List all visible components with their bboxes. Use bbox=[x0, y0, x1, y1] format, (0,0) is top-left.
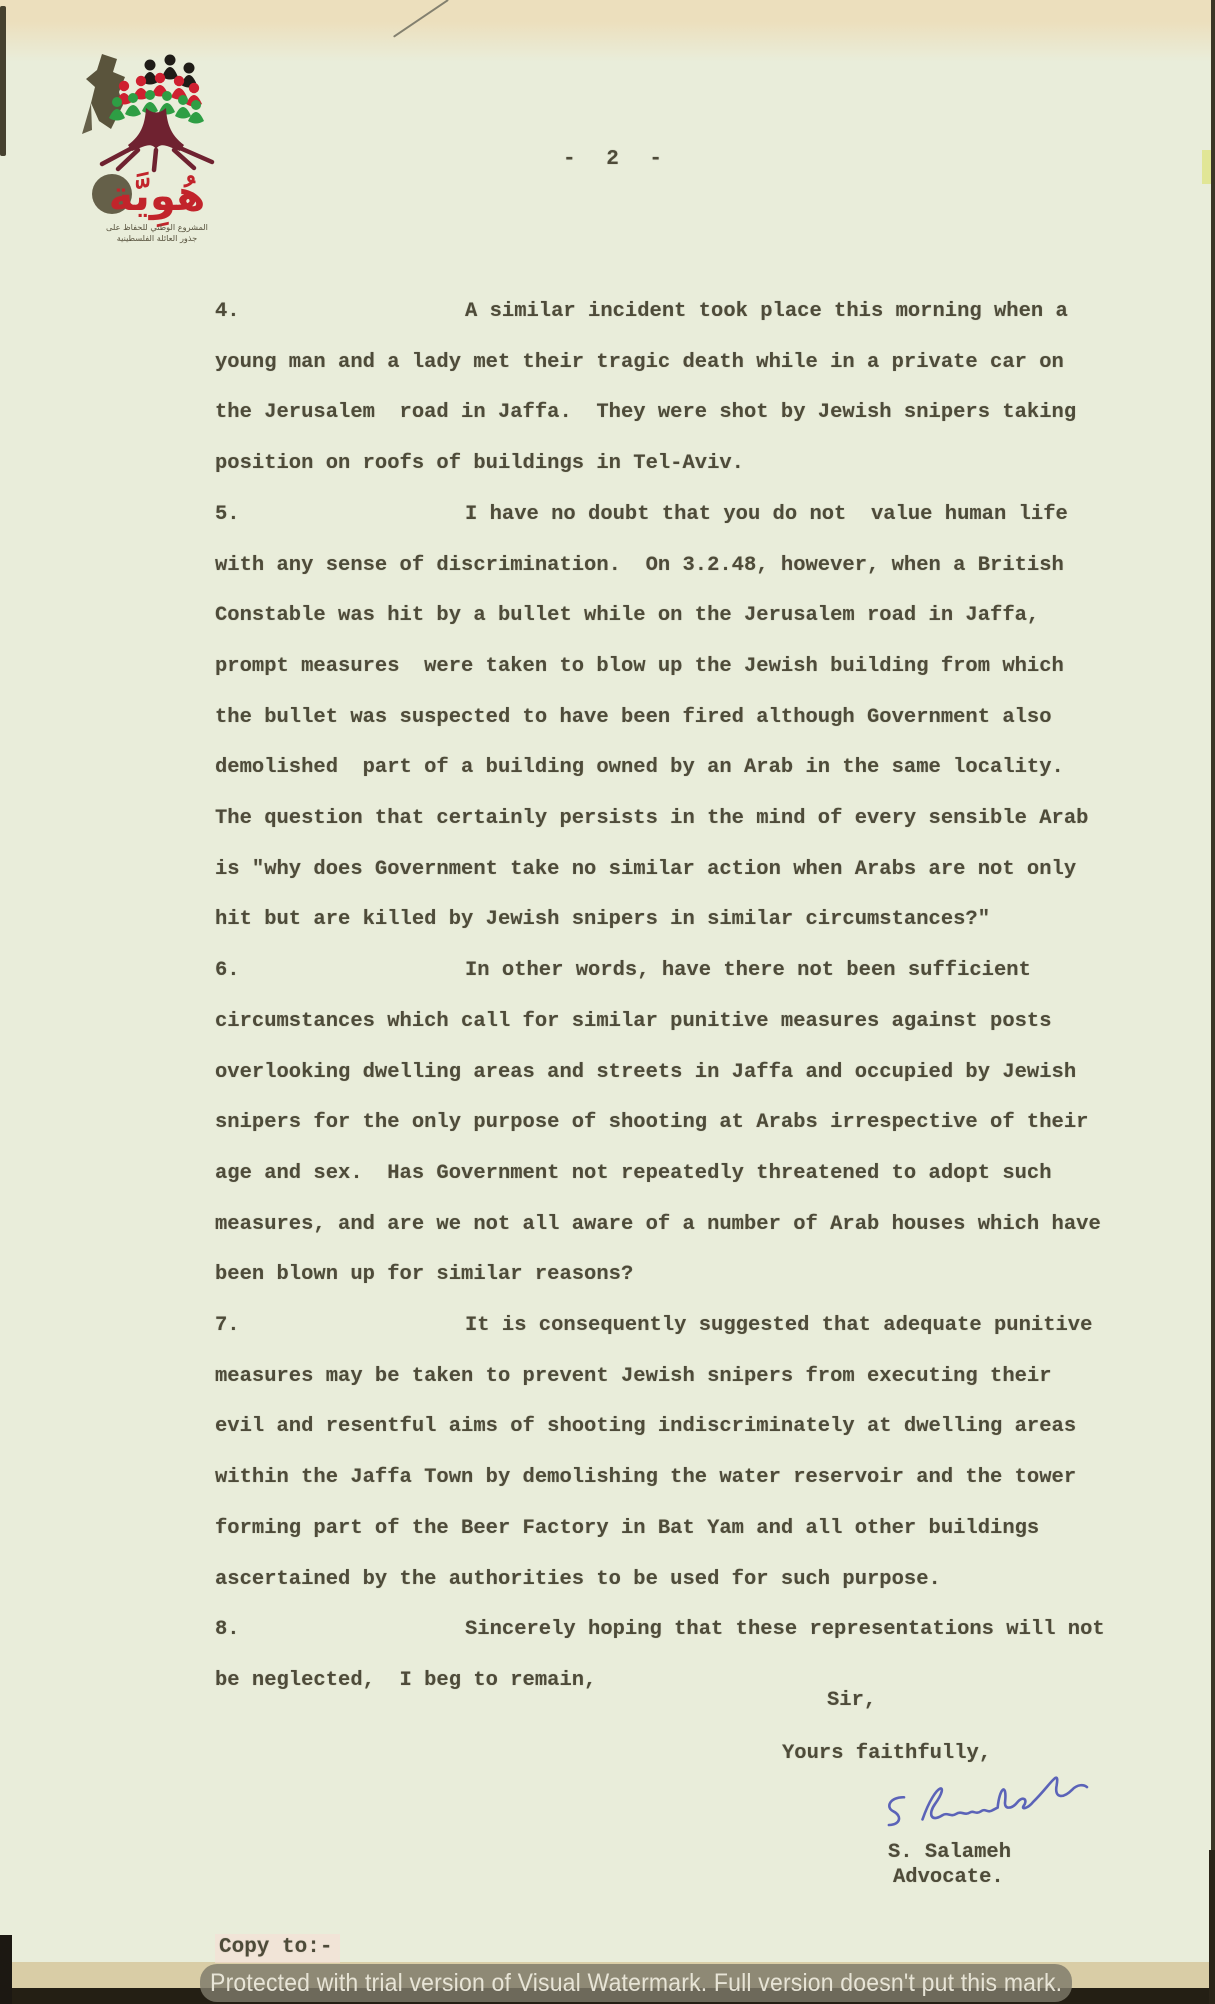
scanned-letter-page: هُوِيَّة المشروع الوطني للحفاظ على جذور … bbox=[0, 0, 1215, 2004]
letter-body: 4. A similar incident took place this mo… bbox=[215, 287, 1165, 1707]
paragraph-number: 7. bbox=[215, 1301, 240, 1352]
paragraph-text: Sincerely hoping that these representati… bbox=[215, 1605, 1165, 1706]
paragraph-8: 8. Sincerely hoping that these represent… bbox=[215, 1605, 1165, 1706]
paragraph-4: 4. A similar incident took place this mo… bbox=[215, 287, 1165, 490]
trial-watermark-bar: Protected with trial version of Visual W… bbox=[200, 1964, 1072, 2002]
people-tree-icon bbox=[102, 55, 212, 171]
huwiyya-archive-logo: هُوِيَّة المشروع الوطني للحفاظ على جذور … bbox=[72, 42, 242, 247]
trial-watermark-text: Protected with trial version of Visual W… bbox=[210, 1969, 1062, 1998]
paragraph-number: 4. bbox=[215, 287, 240, 338]
copy-to-label: Copy to:- bbox=[215, 1934, 340, 1963]
closing-valediction: Yours faithfully, bbox=[782, 1742, 991, 1765]
paragraph-text: I have no doubt that you do not value hu… bbox=[215, 490, 1165, 946]
palestine-map-icon bbox=[82, 54, 125, 134]
scan-right-edge bbox=[1211, 0, 1215, 2004]
logo-tagline-line1: المشروع الوطني للحفاظ على bbox=[106, 222, 208, 232]
page-number: - 2 - bbox=[563, 148, 671, 171]
logo-tagline-line2: جذور العائلة الفلسطينية bbox=[117, 233, 198, 243]
paragraph-number: 8. bbox=[215, 1605, 240, 1656]
paragraph-7: 7. It is consequently suggested that ade… bbox=[215, 1301, 1165, 1605]
handwritten-signature bbox=[878, 1776, 1093, 1842]
paragraph-6: 6. In other words, have there not been s… bbox=[215, 946, 1165, 1301]
paragraph-text: In other words, have there not been suff… bbox=[215, 946, 1165, 1301]
scan-bottom-right-corner bbox=[1209, 1850, 1215, 2004]
scan-left-edge bbox=[0, 6, 6, 156]
logo-brand-arabic: هُوِيَّة bbox=[109, 171, 206, 227]
paragraph-text: It is consequently suggested that adequa… bbox=[215, 1301, 1165, 1605]
signed-name: S. Salameh bbox=[888, 1841, 1011, 1864]
closing-salutation: Sir, bbox=[827, 1689, 876, 1712]
paragraph-5: 5. I have no doubt that you do not value… bbox=[215, 490, 1165, 946]
paragraph-number: 6. bbox=[215, 946, 240, 997]
signed-title: Advocate. bbox=[893, 1866, 1004, 1889]
paragraph-text: A similar incident took place this morni… bbox=[215, 287, 1165, 490]
paragraph-number: 5. bbox=[215, 490, 240, 541]
scan-bottom-left-corner bbox=[0, 1935, 12, 2004]
scan-right-glow bbox=[1202, 150, 1211, 184]
